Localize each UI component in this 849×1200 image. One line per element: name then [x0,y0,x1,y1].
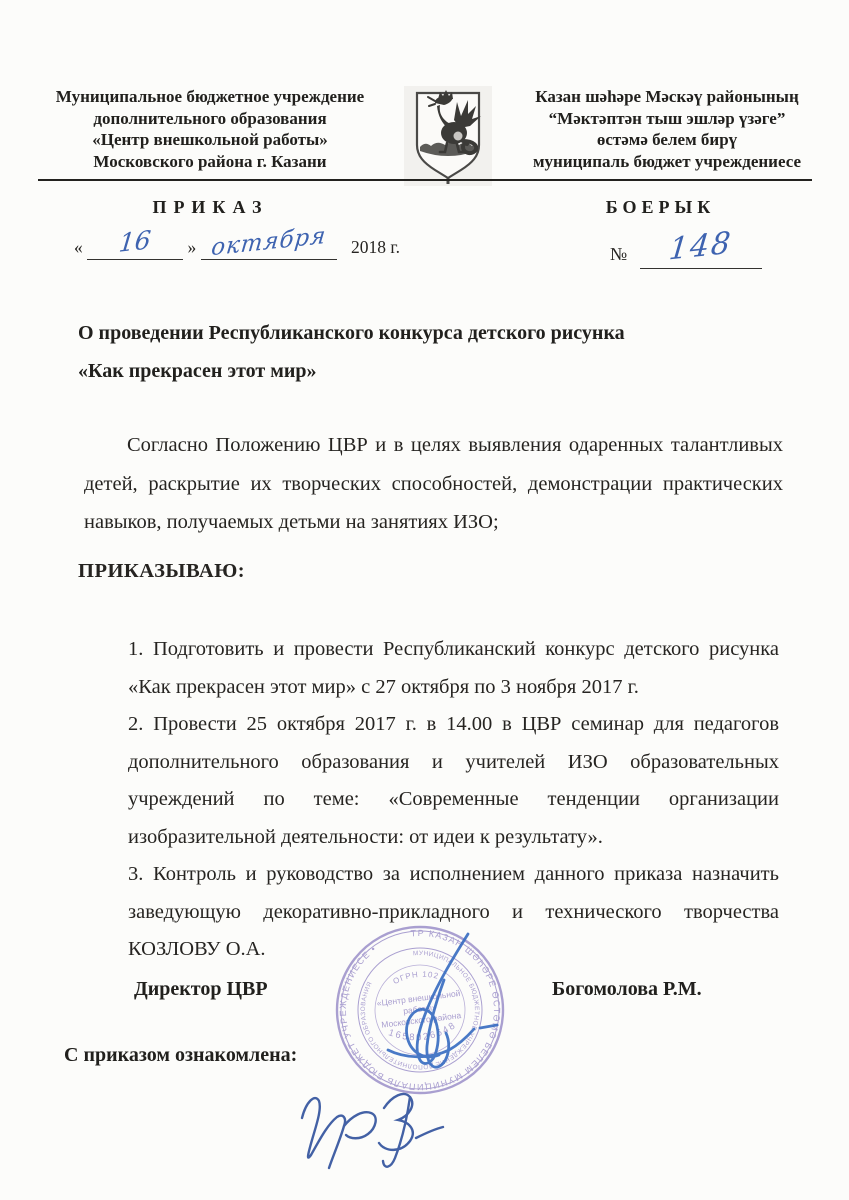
signature-row: Директор ЦВР Богомолова Р.М. [0,978,849,1008]
letterhead-divider [38,179,812,181]
handwritten-day: 16 [118,225,153,258]
number-blank: 148 [640,233,762,269]
order-item: 2. Провести 25 октября 2017 г. в 14.00 в… [128,706,779,856]
date-year: 2018 г. [351,237,400,257]
quote-close: » [188,237,197,257]
date-day-blank: 16 [87,230,183,260]
order-number-line: № 148 [610,233,762,269]
org-line: Казан шәһәре Мәскәү районының [518,86,816,108]
org-line: «Центр внешкольной работы» [45,129,375,151]
handwritten-number: 148 [667,225,734,267]
order-date-line: « 16 » октября 2018 г. [74,230,400,260]
org-line: Московского района г. Казани [45,151,375,173]
order-subject: О проведении Республиканского конкурса д… [78,314,738,390]
quote-open: « [74,237,83,257]
handwritten-month: октября [210,223,328,262]
acknowledgement-pen-signature-icon [288,1078,493,1178]
signer-position: Директор ЦВР [134,978,268,1001]
zilant-emblem-icon [402,86,494,186]
org-line: Муниципальное бюджетное учреждение [45,86,375,108]
letterhead-org-tatar: Казан шәһәре Мәскәү районының “Мәктәптән… [518,86,816,172]
preamble-paragraph: Согласно Положению ЦВР и в целях выявлен… [84,426,783,542]
org-line: өстәмә белем бирү [518,129,816,151]
subject-line: «Как прекрасен этот мир» [78,352,738,390]
command-word: ПРИКАЗЫВАЮ: [78,560,245,583]
acknowledgement-line: С приказом ознакомлена: [64,1044,297,1067]
org-line: муниципаль бюджет учреждениесе [518,151,816,173]
order-item: 1. Подготовить и провести Республикански… [128,631,779,706]
org-line: дополнительного образования [45,108,375,130]
number-sign: № [610,244,627,264]
order-title-tatar: БОЕРЫК [588,197,733,218]
letterhead-org-ru: Муниципальное бюджетное учреждение допол… [45,86,375,172]
org-line: “Мәктәптән тыш эшләр үзәге” [518,108,816,130]
subject-line: О проведении Республиканского конкурса д… [78,314,738,352]
document-page: Муниципальное бюджетное учреждение допол… [0,0,849,1200]
date-month-blank: октября [201,233,337,260]
order-title-ru: ПРИКАЗ [118,197,303,218]
kazan-coat-of-arms-icon [402,86,494,186]
signer-name: Богомолова Р.М. [552,978,702,1001]
